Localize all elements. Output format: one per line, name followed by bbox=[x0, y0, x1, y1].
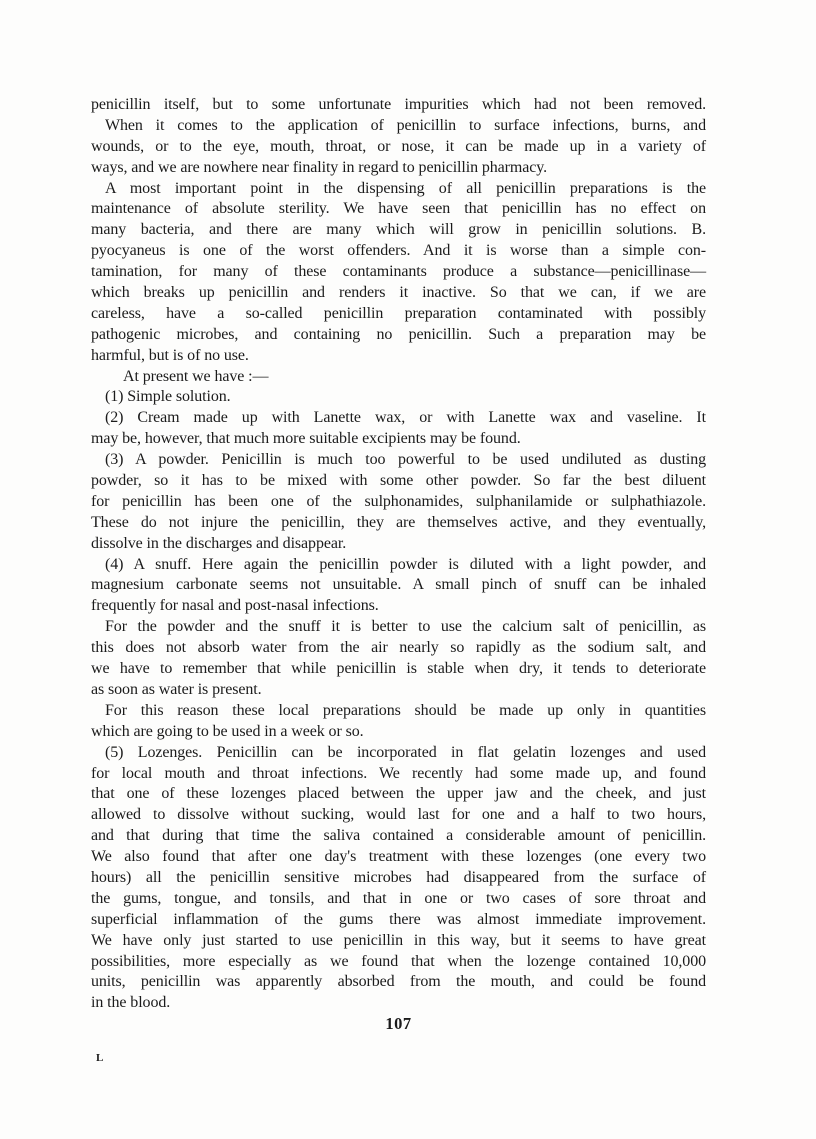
text-block: penicillin itself, but to some unfortuna… bbox=[91, 95, 706, 1014]
text-line: and that during that time the saliva con… bbox=[91, 826, 706, 847]
text-line: may be, however, that much more suitable… bbox=[91, 429, 706, 450]
printer-signature-mark: L bbox=[96, 1052, 103, 1064]
text-line: tamination, for many of these contaminan… bbox=[91, 262, 706, 283]
text-line: that one of these lozenges placed betwee… bbox=[91, 784, 706, 805]
text-line: this does not absorb water from the air … bbox=[91, 638, 706, 659]
scanned-page: penicillin itself, but to some unfortuna… bbox=[0, 0, 816, 1139]
text-line: hours) all the penicillin sensitive micr… bbox=[91, 868, 706, 889]
text-line: pyocyaneus is one of the worst offenders… bbox=[91, 241, 706, 262]
text-line: harmful, but is of no use. bbox=[91, 346, 706, 367]
page-number: 107 bbox=[91, 1014, 706, 1034]
text-line: (5) Lozenges. Penicillin can be incorpor… bbox=[91, 743, 706, 764]
text-line: superficial inflammation of the gums the… bbox=[91, 910, 706, 931]
text-line: We have only just started to use penicil… bbox=[91, 931, 706, 952]
text-line: When it comes to the application of peni… bbox=[91, 116, 706, 137]
text-line: for local mouth and throat infections. W… bbox=[91, 764, 706, 785]
text-line: many bacteria, and there are many which … bbox=[91, 220, 706, 241]
text-line: pathogenic microbes, and containing no p… bbox=[91, 325, 706, 346]
text-line: ways, and we are nowhere near finality i… bbox=[91, 158, 706, 179]
text-line: These do not injure the penicillin, they… bbox=[91, 513, 706, 534]
text-line: as soon as water is present. bbox=[91, 680, 706, 701]
text-line: For the powder and the snuff it is bette… bbox=[91, 617, 706, 638]
text-line: At present we have :— bbox=[91, 367, 706, 388]
text-line: A most important point in the dispensing… bbox=[91, 179, 706, 200]
text-line: maintenance of absolute sterility. We ha… bbox=[91, 199, 706, 220]
text-line: magnesium carbonate seems not unsuitable… bbox=[91, 575, 706, 596]
text-line: the gums, tongue, and tonsils, and that … bbox=[91, 889, 706, 910]
text-line: (1) Simple solution. bbox=[91, 387, 706, 408]
text-line: allowed to dissolve without sucking, wou… bbox=[91, 805, 706, 826]
text-line: powder, so it has to be mixed with some … bbox=[91, 471, 706, 492]
text-line: penicillin itself, but to some unfortuna… bbox=[91, 95, 706, 116]
text-line: (4) A snuff. Here again the penicillin p… bbox=[91, 555, 706, 576]
text-line: dissolve in the discharges and disappear… bbox=[91, 534, 706, 555]
text-line: wounds, or to the eye, mouth, throat, or… bbox=[91, 137, 706, 158]
text-line: We also found that after one day's treat… bbox=[91, 847, 706, 868]
text-line: (3) A powder. Penicillin is much too pow… bbox=[91, 450, 706, 471]
text-line: we have to remember that while penicilli… bbox=[91, 659, 706, 680]
text-line: careless, have a so-called penicillin pr… bbox=[91, 304, 706, 325]
text-line: frequently for nasal and post-nasal infe… bbox=[91, 596, 706, 617]
text-line: possibilities, more especially as we fou… bbox=[91, 952, 706, 973]
text-line: For this reason these local preparations… bbox=[91, 701, 706, 722]
text-line: in the blood. bbox=[91, 993, 706, 1014]
text-line: units, penicillin was apparently absorbe… bbox=[91, 972, 706, 993]
text-line: which are going to be used in a week or … bbox=[91, 722, 706, 743]
text-line: which breaks up penicillin and renders i… bbox=[91, 283, 706, 304]
text-line: (2) Cream made up with Lanette wax, or w… bbox=[91, 408, 706, 429]
text-line: for penicillin has been one of the sulph… bbox=[91, 492, 706, 513]
